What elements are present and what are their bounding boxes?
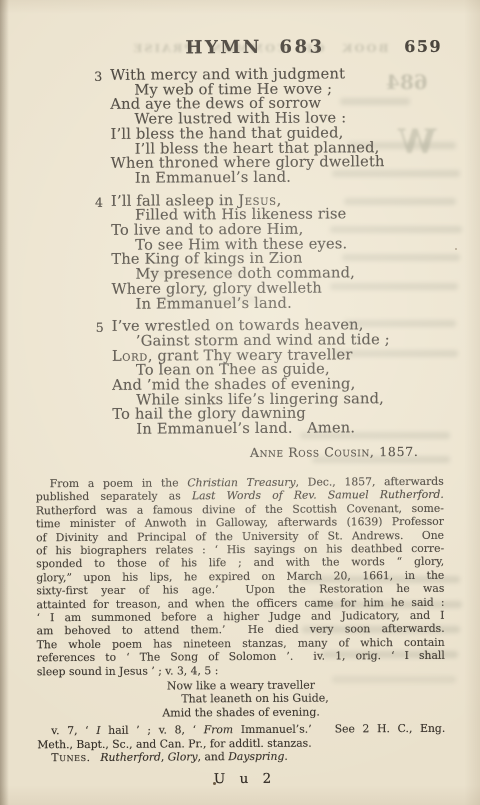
editorial-footnote: v. 7, ‘ I hail ’ ; v. 8, ‘ From Immanuel…	[37, 722, 445, 765]
page-number: 659	[404, 37, 442, 57]
quoted-stanza: Now like a weary traveller That leaneth …	[37, 678, 445, 721]
quote-line: Amid the shades of evening.	[37, 705, 445, 721]
verse-3: 3With mercy and with judgment My web of …	[0, 67, 480, 188]
verse-number: 5	[96, 321, 104, 336]
ink-speck	[455, 248, 457, 250]
verse-5: 5I’ve wrestled on towards heaven, ’Gains…	[2, 318, 480, 439]
note-line: sleep sound in Jesus ’ ; v. 3, 4, 5 :	[37, 662, 445, 678]
printed-content: HYMN 683 659 3With mercy and with judgme…	[0, 0, 480, 788]
verse-line: In Emmanuel’s land. Amen.	[2, 421, 480, 439]
verse-number: 4	[95, 195, 103, 210]
verse-number: 3	[94, 70, 102, 85]
printers-signature-mark: U u 2	[4, 769, 480, 788]
ink-speck	[69, 514, 71, 516]
note-line: references to ‘ The Song of Solomon ’. i…	[37, 649, 445, 665]
hymn-verses: 3With mercy and with judgment My web of …	[0, 67, 480, 439]
commentary-paragraph: From a poem in the Christian Treasury, D…	[36, 475, 445, 679]
tunes-line: Tunes. Rutherford, Glory, and Dayspring.	[37, 749, 445, 765]
verse-line: In Emmanuel’s land.	[1, 169, 480, 187]
page-header: HYMN 683 659	[0, 0, 480, 59]
scanned-hymnal-page: BOOK OF COMMON PRAISE 684 W HYMN 683 659	[0, 0, 480, 805]
author-attribution: Anne Ross Cousin, 1857.	[2, 443, 480, 461]
verse-4: 4I’ll fall asleep in Jesus, Filled with …	[1, 192, 480, 313]
footnote-line: v. 7, ‘ I hail ’ ; v. 8, ‘ From Immanuel…	[37, 722, 445, 738]
verse-line: In Emmanuel’s land.	[2, 295, 480, 313]
ink-speck	[213, 782, 216, 785]
